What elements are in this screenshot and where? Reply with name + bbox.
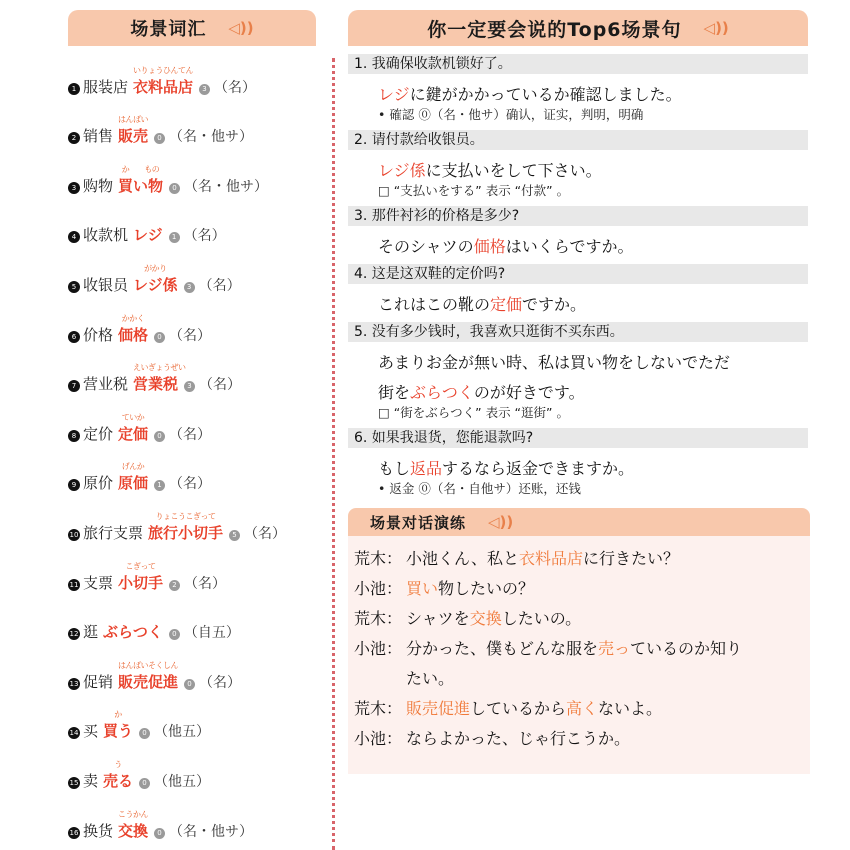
chinese-term: 销售	[83, 125, 113, 146]
sentence-question: 5. 没有多少钱时，我喜欢只逛街不买东西。	[348, 322, 808, 342]
japanese-term: 売るう	[103, 770, 133, 791]
vocab-list: 1服装店衣料品店いりょうひんてん3（名）2销售販売はんばい0（名・他サ）3购物買…	[68, 52, 316, 846]
part-of-speech: （名）	[169, 325, 211, 345]
accent-badge: 5	[229, 530, 240, 541]
part-of-speech: （他五）	[154, 721, 210, 741]
vocab-item: 16换货交換こうかん0（名・他サ）	[68, 796, 316, 846]
sentence-question: 3. 那件衬衫的价格是多少?	[348, 206, 808, 226]
chinese-term: 收银员	[83, 274, 128, 295]
sentence-question: 1. 我确保收款机锁好了。	[348, 54, 808, 74]
sentence-text: そのシャツの	[378, 237, 474, 256]
chinese-term: 支票	[83, 572, 113, 593]
vocab-row: 12逛ぶらつく0（自五）	[68, 621, 240, 647]
furigana: はんばいそくしん	[118, 660, 178, 671]
part-of-speech: （他五）	[154, 771, 210, 791]
item-number-badge: 3	[68, 182, 80, 194]
vocab-row: 13促销販売促進はんばいそくしん0（名）	[68, 671, 241, 697]
vocab-item: 10旅行支票旅行小切手りょこうこぎって5（名）	[68, 498, 316, 548]
accent-badge: 0	[139, 778, 150, 789]
furigana: がかり	[133, 263, 178, 274]
item-number-badge: 2	[68, 132, 80, 144]
part-of-speech: （自五）	[184, 622, 240, 642]
highlighted-term: 定価	[490, 295, 522, 314]
japanese-term-text: 買う	[103, 722, 133, 740]
dialog-line: 小池：買い物したいの？	[354, 574, 810, 604]
sentence-note: • 確認 ⓪（名・他サ）确认，证实，判明，明确	[348, 106, 808, 124]
sentences-header: 你一定要会说的Top6场景句 ◁))	[348, 10, 808, 46]
vocab-item: 4收款机レジ1（名）	[68, 201, 316, 251]
accent-badge: 0	[169, 629, 180, 640]
part-of-speech: （名）	[199, 275, 241, 295]
highlighted-term: 価格	[474, 237, 506, 256]
dialog-text: 小池くん、私と衣料品店に行きたい？	[406, 544, 679, 574]
chinese-term: 买	[83, 720, 98, 741]
chinese-term: 营业税	[83, 373, 128, 394]
vocab-row: 15卖売るう0（他五）	[68, 770, 210, 796]
sentence-text: もし	[378, 459, 410, 478]
japanese-sentence: あまりお金が無い時、私は買い物をしないでただ	[348, 352, 808, 374]
part-of-speech: （名）	[169, 424, 211, 444]
accent-badge: 3	[184, 381, 195, 392]
japanese-term: 営業税えいぎょうぜい	[133, 373, 178, 394]
japanese-term: レジ係がかり	[133, 274, 178, 295]
speaker-icon[interactable]: ◁))	[704, 19, 729, 37]
accent-badge: 0	[184, 679, 195, 690]
chinese-term: 服装店	[83, 76, 128, 97]
part-of-speech: （名）	[184, 225, 226, 245]
accent-badge: 3	[184, 282, 195, 293]
chinese-term: 卖	[83, 770, 98, 791]
sentence-text: ならよかった、じゃ行こうか。	[406, 729, 630, 748]
part-of-speech: （名）	[244, 523, 286, 543]
sentence-question: 2. 请付款给收银员。	[348, 130, 808, 150]
item-number-badge: 14	[68, 727, 80, 739]
speaker-icon[interactable]: ◁))	[488, 513, 513, 531]
item-number-badge: 9	[68, 479, 80, 491]
speaker-name: 荒木：	[354, 544, 406, 574]
japanese-term-text: レジ係	[133, 276, 178, 294]
sentence-text: シャツを	[406, 609, 470, 628]
sentence-note: □ “支払いをする” 表示 “付款” 。	[348, 182, 808, 200]
japanese-term-text: 営業税	[133, 375, 178, 393]
japanese-term: 小切手こぎって	[118, 572, 163, 593]
vocab-item: 15卖売るう0（他五）	[68, 746, 316, 796]
vocab-item: 2销售販売はんばい0（名・他サ）	[68, 102, 316, 152]
part-of-speech: （名）	[184, 573, 226, 593]
highlighted-term: ぶらつく	[410, 383, 474, 402]
chinese-term: 收款机	[83, 224, 128, 245]
sentence-text: 物したいの？	[438, 579, 534, 598]
accent-badge: 0	[139, 728, 150, 739]
part-of-speech: （名）	[199, 672, 241, 692]
japanese-term-text: 売る	[103, 772, 133, 790]
part-of-speech: （名）	[169, 473, 211, 493]
chinese-term: 价格	[83, 324, 113, 345]
sentence-question: 4. 这是这双鞋的定价吗?	[348, 264, 808, 284]
japanese-term: 定価ていか	[118, 423, 148, 444]
chinese-term: 逛	[83, 621, 98, 642]
vocab-item: 8定价定価ていか0（名）	[68, 399, 316, 449]
sentence-text: に鍵がかかっているか確認しました。	[410, 85, 682, 104]
sentence-text: これはこの靴の	[378, 295, 490, 314]
chinese-term: 购物	[83, 175, 113, 196]
highlighted-term: 交換	[470, 609, 502, 628]
vocab-item: 5收银员レジ係がかり3（名）	[68, 250, 316, 300]
accent-badge: 0	[169, 183, 180, 194]
sentence-text: に行きたい？	[583, 549, 679, 568]
dialog-text: ならよかった、じゃ行こうか。	[406, 724, 630, 754]
speaker-name: 小池：	[354, 634, 406, 664]
japanese-term-text: 衣料品店	[133, 78, 193, 96]
dialog-line: 荒木：販売促進しているから高くないよ。	[354, 694, 810, 724]
japanese-sentence: レジに鍵がかかっているか確認しました。	[348, 84, 808, 106]
dialog-text: 買い物したいの？	[406, 574, 534, 604]
chinese-term: 原价	[83, 472, 113, 493]
vocab-item: 6价格価格かかく0（名）	[68, 300, 316, 350]
furigana: う	[103, 759, 133, 770]
accent-badge: 3	[199, 84, 210, 95]
sentence-note: □ “街をぶらつく” 表示 “逛街” 。	[348, 404, 808, 422]
highlighted-term: 買い	[406, 579, 438, 598]
vocab-header: 场景词汇 ◁))	[68, 10, 316, 46]
sentence-text: 街を	[378, 383, 410, 402]
item-number-badge: 16	[68, 827, 80, 839]
dialog-text: シャツを交換したいの。	[406, 604, 581, 634]
japanese-term-text: 小切手	[118, 574, 163, 592]
japanese-term: 買い物か もの	[118, 175, 163, 196]
japanese-term-text: 販売促進	[118, 673, 178, 691]
vocab-title: 场景词汇	[130, 15, 206, 41]
accent-badge: 0	[154, 133, 165, 144]
item-number-badge: 12	[68, 628, 80, 640]
highlighted-term: 衣料品店	[519, 549, 583, 568]
item-number-badge: 6	[68, 331, 80, 343]
part-of-speech: （名・他サ）	[184, 176, 268, 196]
vocab-item: 12逛ぶらつく0（自五）	[68, 598, 316, 648]
part-of-speech: （名・他サ）	[169, 126, 253, 146]
japanese-term: 販売はんばい	[118, 125, 148, 146]
furigana: りょこうこぎって	[148, 511, 223, 522]
accent-badge: 1	[169, 232, 180, 243]
sentence-text: はいくらですか。	[506, 237, 634, 256]
sentences-section: 你一定要会说的Top6场景句 ◁)) 1. 我确保收款机锁好了。レジに鍵がかかっ…	[348, 10, 808, 774]
vocab-row: 14买買うか0（他五）	[68, 720, 210, 746]
japanese-term-text: レジ	[133, 226, 163, 244]
japanese-term: 価格かかく	[118, 324, 148, 345]
furigana: はんばい	[118, 114, 148, 125]
item-number-badge: 1	[68, 83, 80, 95]
accent-badge: 0	[154, 431, 165, 442]
dialog-line: 荒木：小池くん、私と衣料品店に行きたい？	[354, 544, 810, 574]
chinese-term: 换货	[83, 820, 113, 841]
japanese-sentence: もし返品するなら返金できますか。	[348, 458, 808, 480]
dialog-title: 场景对话演练	[370, 512, 466, 533]
dialog-section: 场景对话演练 ◁)) 荒木：小池くん、私と衣料品店に行きたい？小池：買い物したい…	[348, 508, 810, 774]
item-number-badge: 13	[68, 678, 80, 690]
vocab-row: 1服装店衣料品店いりょうひんてん3（名）	[68, 76, 256, 102]
japanese-term: 販売促進はんばいそくしん	[118, 671, 178, 692]
item-number-badge: 15	[68, 777, 80, 789]
item-number-badge: 8	[68, 430, 80, 442]
dialog-line: 荒木：シャツを交換したいの。	[354, 604, 810, 634]
sentence-text: 小池くん、私と	[406, 549, 519, 568]
item-number-badge: 10	[68, 529, 80, 541]
dialog-text: 分かった、僕もどんな服を売っているのか知り	[406, 634, 742, 664]
furigana: いりょうひんてん	[133, 65, 193, 76]
sentence-text: したいの。	[502, 609, 581, 628]
japanese-term: ぶらつく	[103, 621, 163, 642]
part-of-speech: （名）	[199, 374, 241, 394]
vocab-row: 10旅行支票旅行小切手りょこうこぎって5（名）	[68, 522, 286, 548]
sentence-text: 分かった、僕もどんな服を	[406, 639, 598, 658]
sentence-text: に支払いをして下さい。	[426, 161, 602, 180]
japanese-term-text: 原価	[118, 474, 148, 492]
japanese-term: 原価げんか	[118, 472, 148, 493]
vocab-row: 8定价定価ていか0（名）	[68, 423, 211, 449]
accent-badge: 1	[154, 480, 165, 491]
vocab-row: 16换货交換こうかん0（名・他サ）	[68, 820, 253, 846]
speaker-name: 小池：	[354, 724, 406, 754]
sentence-text: のが好きです。	[474, 383, 585, 402]
sentence-text: たい。	[406, 669, 454, 688]
vocab-row: 3购物買い物か もの0（名・他サ）	[68, 175, 268, 201]
item-number-badge: 4	[68, 231, 80, 243]
vocab-item: 9原价原価げんか1（名）	[68, 449, 316, 499]
sentence-note: • 返金 ⓪（名・自他サ）还账，还钱	[348, 480, 808, 498]
japanese-term: 交換こうかん	[118, 820, 148, 841]
dialog-line: 小池：ならよかった、じゃ行こうか。	[354, 724, 810, 754]
japanese-term-text: 定価	[118, 425, 148, 443]
vocab-row: 2销售販売はんばい0（名・他サ）	[68, 125, 253, 151]
japanese-sentence-cont: 街をぶらつくのが好きです。	[348, 382, 808, 404]
vocab-row: 4收款机レジ1（名）	[68, 224, 226, 250]
japanese-term-text: 買い物	[118, 177, 163, 195]
vocab-item: 13促销販売促進はんばいそくしん0（名）	[68, 647, 316, 697]
chinese-term: 定价	[83, 423, 113, 444]
vocab-row: 9原价原価げんか1（名）	[68, 472, 211, 498]
vocab-item: 7营业税営業税えいぎょうぜい3（名）	[68, 350, 316, 400]
speaker-icon[interactable]: ◁))	[228, 19, 253, 37]
item-number-badge: 7	[68, 380, 80, 392]
sentence-text: ないよ。	[598, 699, 662, 718]
sentence-text: ているのか知り	[630, 639, 742, 658]
vocab-item: 11支票小切手こぎって2（名）	[68, 548, 316, 598]
dialog-header: 场景对话演练 ◁))	[348, 508, 810, 536]
highlighted-term: 販売促進	[406, 699, 470, 718]
furigana: こぎって	[118, 561, 163, 572]
highlighted-term: 売っ	[598, 639, 630, 658]
dialog-text: 販売促進しているから高くないよ。	[406, 694, 662, 724]
highlighted-term: レジ	[378, 85, 410, 104]
japanese-term: レジ	[133, 224, 163, 245]
sentence-text: あまりお金が無い時、私は買い物をしないでただ	[378, 353, 730, 372]
sentence-list: 1. 我确保收款机锁好了。レジに鍵がかかっているか確認しました。• 確認 ⓪（名…	[348, 54, 808, 498]
sentence-text: しているから	[470, 699, 566, 718]
column-divider	[332, 58, 335, 850]
furigana: か もの	[118, 164, 163, 175]
furigana: こうかん	[118, 809, 148, 820]
accent-badge: 0	[154, 332, 165, 343]
item-number-badge: 11	[68, 579, 80, 591]
sentence-question: 6. 如果我退货，您能退款吗?	[348, 428, 808, 448]
furigana: か	[103, 709, 133, 720]
dialog-line: 小池：分かった、僕もどんな服を売っているのか知り	[354, 634, 810, 664]
japanese-term: 衣料品店いりょうひんてん	[133, 76, 193, 97]
japanese-sentence: これはこの靴の定価ですか。	[348, 294, 808, 316]
japanese-term: 買うか	[103, 720, 133, 741]
vocab-row: 7营业税営業税えいぎょうぜい3（名）	[68, 373, 241, 399]
accent-badge: 2	[169, 580, 180, 591]
japanese-term: 旅行小切手りょこうこぎって	[148, 522, 223, 543]
furigana: げんか	[118, 461, 148, 472]
japanese-sentence: レジ係に支払いをして下さい。	[348, 160, 808, 182]
vocab-item: 14买買うか0（他五）	[68, 697, 316, 747]
accent-badge: 0	[154, 828, 165, 839]
part-of-speech: （名）	[214, 77, 256, 97]
furigana: かかく	[118, 313, 148, 324]
japanese-term-text: 販売	[118, 127, 148, 145]
vocab-row: 5收银员レジ係がかり3（名）	[68, 274, 241, 300]
highlighted-term: レジ係	[378, 161, 426, 180]
vocab-item: 1服装店衣料品店いりょうひんてん3（名）	[68, 52, 316, 102]
furigana: ていか	[118, 412, 148, 423]
chinese-term: 旅行支票	[83, 522, 143, 543]
vocab-row: 6价格価格かかく0（名）	[68, 324, 211, 350]
japanese-term-text: 交換	[118, 822, 148, 840]
sentence-text: するなら返金できますか。	[442, 459, 634, 478]
vocab-row: 11支票小切手こぎって2（名）	[68, 572, 226, 598]
item-number-badge: 5	[68, 281, 80, 293]
speaker-name: 荒木：	[354, 604, 406, 634]
speaker-name: 荒木：	[354, 694, 406, 724]
chinese-term: 促销	[83, 671, 113, 692]
speaker-name: 小池：	[354, 574, 406, 604]
sentences-title: 你一定要会说的Top6场景句	[427, 15, 681, 42]
dialog-line: たい。	[354, 664, 810, 694]
vocab-section: 场景词汇 ◁)) 1服装店衣料品店いりょうひんてん3（名）2销售販売はんばい0（…	[68, 10, 316, 846]
dialog-body: 荒木：小池くん、私と衣料品店に行きたい？小池：買い物したいの？荒木：シャツを交換…	[348, 536, 810, 774]
japanese-term-text: 価格	[118, 326, 148, 344]
highlighted-term: 高く	[566, 699, 598, 718]
japanese-sentence: そのシャツの価格はいくらですか。	[348, 236, 808, 258]
furigana: えいぎょうぜい	[133, 362, 178, 373]
sentence-text: ですか。	[522, 295, 586, 314]
dialog-text: たい。	[406, 664, 454, 694]
japanese-term-text: ぶらつく	[103, 623, 163, 641]
japanese-term-text: 旅行小切手	[148, 524, 223, 542]
part-of-speech: （名・他サ）	[169, 821, 253, 841]
vocab-item: 3购物買い物か もの0（名・他サ）	[68, 151, 316, 201]
highlighted-term: 返品	[410, 459, 442, 478]
